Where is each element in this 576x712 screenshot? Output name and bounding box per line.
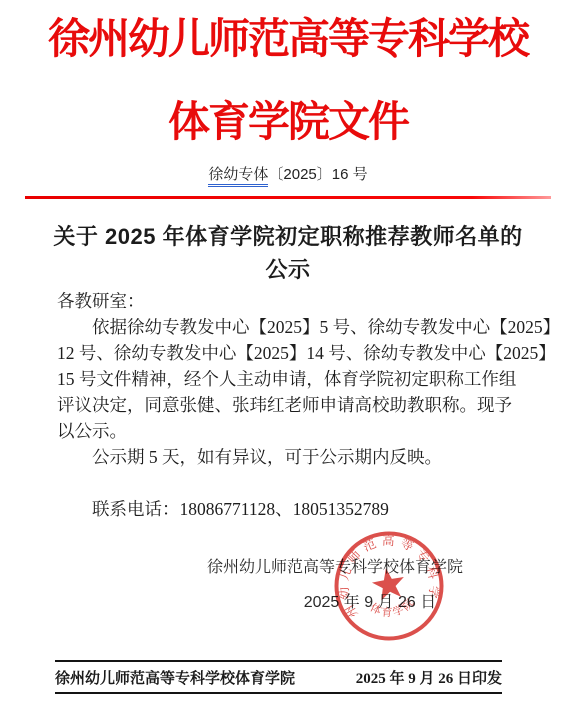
doc-number-underlined: 徐幼专体 [208,166,268,187]
svg-text:体育学院: 体育学院 [366,593,420,624]
red-separator-line [25,196,551,199]
document-page: 徐州幼儿师范高等专科学校 体育学院文件 徐幼专体〔2025〕16 号 关于 20… [0,0,576,712]
doc-title: 关于 2025 年体育学院初定职称推荐教师名单的 公示 [40,220,536,286]
body-line: 15 号文件精神，经个人主动申请，体育学院初定职称工作组 [57,366,527,392]
official-seal: 徐州幼儿师范高等专科学校 体育学院 [332,529,446,643]
seal-bottom-text: 体育学院 [366,593,420,624]
body-line-salutation: 各教研室： [57,288,527,314]
body-line-notice-period: 公示期 5 天，如有异议，可于公示期内反映。 [57,444,527,470]
footer-issuer: 徐州幼儿师范高等专科学校体育学院 [55,669,295,689]
doc-number-rest: 〔2025〕16 号 [268,166,367,183]
footer-row: 徐州幼儿师范高等专科学校体育学院 2025 年 9 月 26 日印发 [55,669,502,689]
contact-phone-line: 联系电话：18086771128、18051352789 [57,496,527,522]
footer-separator-bottom [55,692,502,694]
doc-body: 各教研室： 依据徐幼专教发中心【2025】5 号、徐幼专教发中心【2025】 1… [57,288,527,522]
footer-print-date: 2025 年 9 月 26 日印发 [356,669,502,689]
doc-title-line2: 公示 [40,253,536,286]
letterhead-org-name: 徐州幼儿师范高等专科学校 [0,10,576,70]
seal-star-icon [370,565,407,601]
doc-title-line1: 关于 2025 年体育学院初定职称推荐教师名单的 [40,220,536,253]
body-line: 12 号、徐幼专教发中心【2025】14 号、徐幼专教发中心【2025】 [57,340,527,366]
doc-number: 徐幼专体〔2025〕16 号 [0,164,576,186]
footer-separator-top [55,660,502,662]
body-line: 以公示。 [57,418,527,444]
letterhead-doc-type: 体育学院文件 [0,94,576,152]
body-line: 评议决定，同意张健、张玮红老师申请高校助教职称。现予 [57,392,527,418]
body-line: 依据徐幼专教发中心【2025】5 号、徐幼专教发中心【2025】 [57,314,527,340]
